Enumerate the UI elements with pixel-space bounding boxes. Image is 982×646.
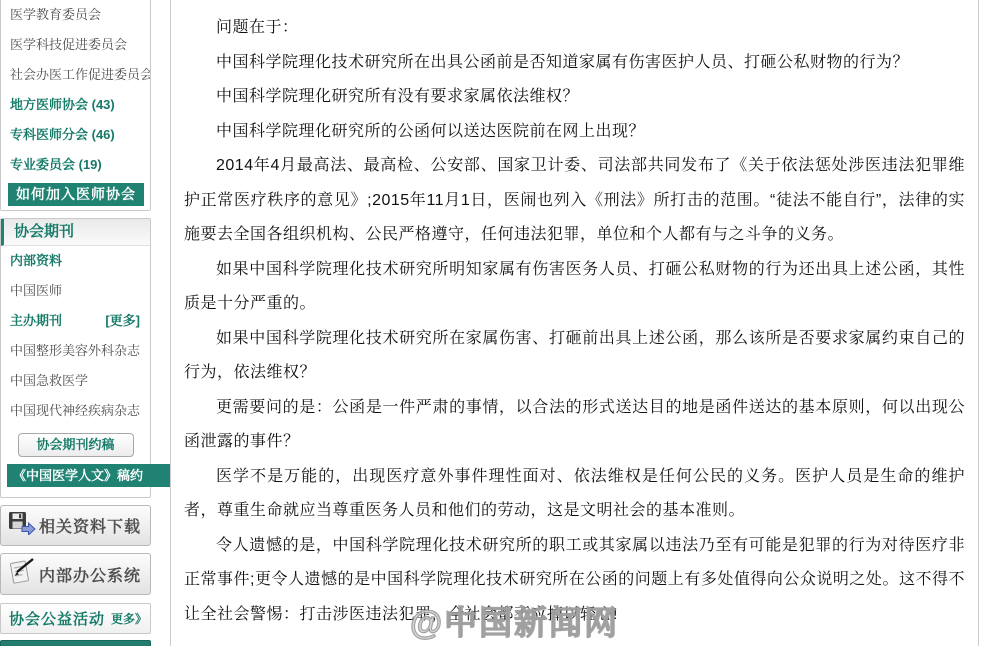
article-paragraph: 问题在于： [184, 11, 965, 46]
journal-box: 协会期刊 内部资料 中国医师 主办期刊 [更多] 中国整形美容外科杂志 中国急救… [0, 218, 151, 498]
article-paragraph: 医学不是万能的，出现医疗意外事件理性面对、依法维权是任何公民的义务。医护人员是生… [184, 460, 965, 529]
journal-solicit-button[interactable]: 协会期刊约稿 [18, 433, 134, 457]
related-downloads-panel[interactable]: 相关资料下载 [0, 505, 151, 546]
article-paragraph: 更需要问的是：公函是一件严肃的事情，以合法的形式送达目的地是函件送达的基本原则，… [184, 391, 965, 460]
article-paragraph: 中国科学院理化研究所的公函何以送达医院前在网上出现？ [184, 115, 965, 150]
sidebar-item-emergency-medicine-journal[interactable]: 中国急救医学 [1, 366, 150, 396]
article-paragraph: 2014年4月最高法、最高检、公安部、国家卫计委、司法部共同发布了《关于依法惩处… [184, 149, 965, 253]
more-journals-link[interactable]: [更多] [105, 306, 140, 336]
sidebar-item-china-doctor[interactable]: 中国医师 [1, 276, 150, 306]
sidebar-item-plastic-surgery-journal[interactable]: 中国整形美容外科杂志 [1, 336, 150, 366]
charity-activities-label: 协会公益活动 [9, 608, 105, 629]
notepad-pencil-icon [5, 558, 39, 591]
medical-humanities-solicit-button[interactable]: 《中国医学人文》稿约 [7, 464, 173, 487]
article-paragraph: 中国科学院理化研究所有没有要求家属依法维权？ [184, 80, 965, 115]
sidebar-item-medical-scitech-promotion-committee[interactable]: 医学科技促进委员会 [1, 30, 150, 60]
related-downloads-label: 相关资料下载 [39, 514, 141, 537]
article-paragraph: 令人遗憾的是，中国科学院理化技术研究所的职工或其家属以违法乃至有可能是犯罪的行为… [184, 529, 965, 633]
internal-office-panel[interactable]: 内部办公系统 [0, 553, 151, 595]
charity-more-link[interactable]: 更多》 [111, 610, 147, 627]
sidebar-item-social-medical-work-committee[interactable]: 社会办医工作促进委员会 [1, 60, 150, 90]
sidebar-item-neurology-journal[interactable]: 中国现代神经疾病杂志 [1, 396, 150, 426]
sponsored-journals-row: 主办期刊 [更多] [1, 306, 150, 336]
article-paragraph: 如果中国科学院理化技术研究所在家属伤害、打砸前出具上述公函，那么该所是否要求家属… [184, 322, 965, 391]
internal-office-label: 内部办公系统 [39, 563, 141, 586]
journal-section-header: 协会期刊 [1, 219, 150, 246]
article-content: 问题在于： 中国科学院理化技术研究所在出具公函前是否知道家属有伤害医护人员、打砸… [170, 0, 979, 646]
sidebar-item-medical-education-committee[interactable]: 医学教育委员会 [1, 0, 150, 30]
charity-activities-header[interactable]: 协会公益活动 更多》 [0, 603, 151, 634]
sidebar: 医学教育委员会 医学科技促进委员会 社会办医工作促进委员会 地方医师协会 (43… [0, 0, 153, 646]
save-disk-icon [5, 511, 39, 540]
sidebar-item-specialist-doctors-branch[interactable]: 专科医师分会 (46) [1, 120, 150, 150]
next-section-header-partial [0, 640, 151, 646]
committees-box: 医学教育委员会 医学科技促进委员会 社会办医工作促进委员会 地方医师协会 (43… [0, 0, 151, 211]
join-association-button[interactable]: 如何加入医师协会 [8, 183, 144, 206]
sponsored-journals-label: 主办期刊 [10, 306, 62, 336]
internal-materials-label: 内部资料 [1, 246, 150, 276]
article-paragraph: 中国科学院理化技术研究所在出具公函前是否知道家属有伤害医护人员、打砸公私财物的行… [184, 46, 965, 81]
article-paragraph: 如果中国科学院理化技术研究所明知家属有伤害医务人员、打砸公私财物的行为还出具上述… [184, 253, 965, 322]
sidebar-item-local-doctors-association[interactable]: 地方医师协会 (43) [1, 90, 150, 120]
sidebar-item-specialty-committee[interactable]: 专业委员会 (19) [1, 150, 150, 180]
